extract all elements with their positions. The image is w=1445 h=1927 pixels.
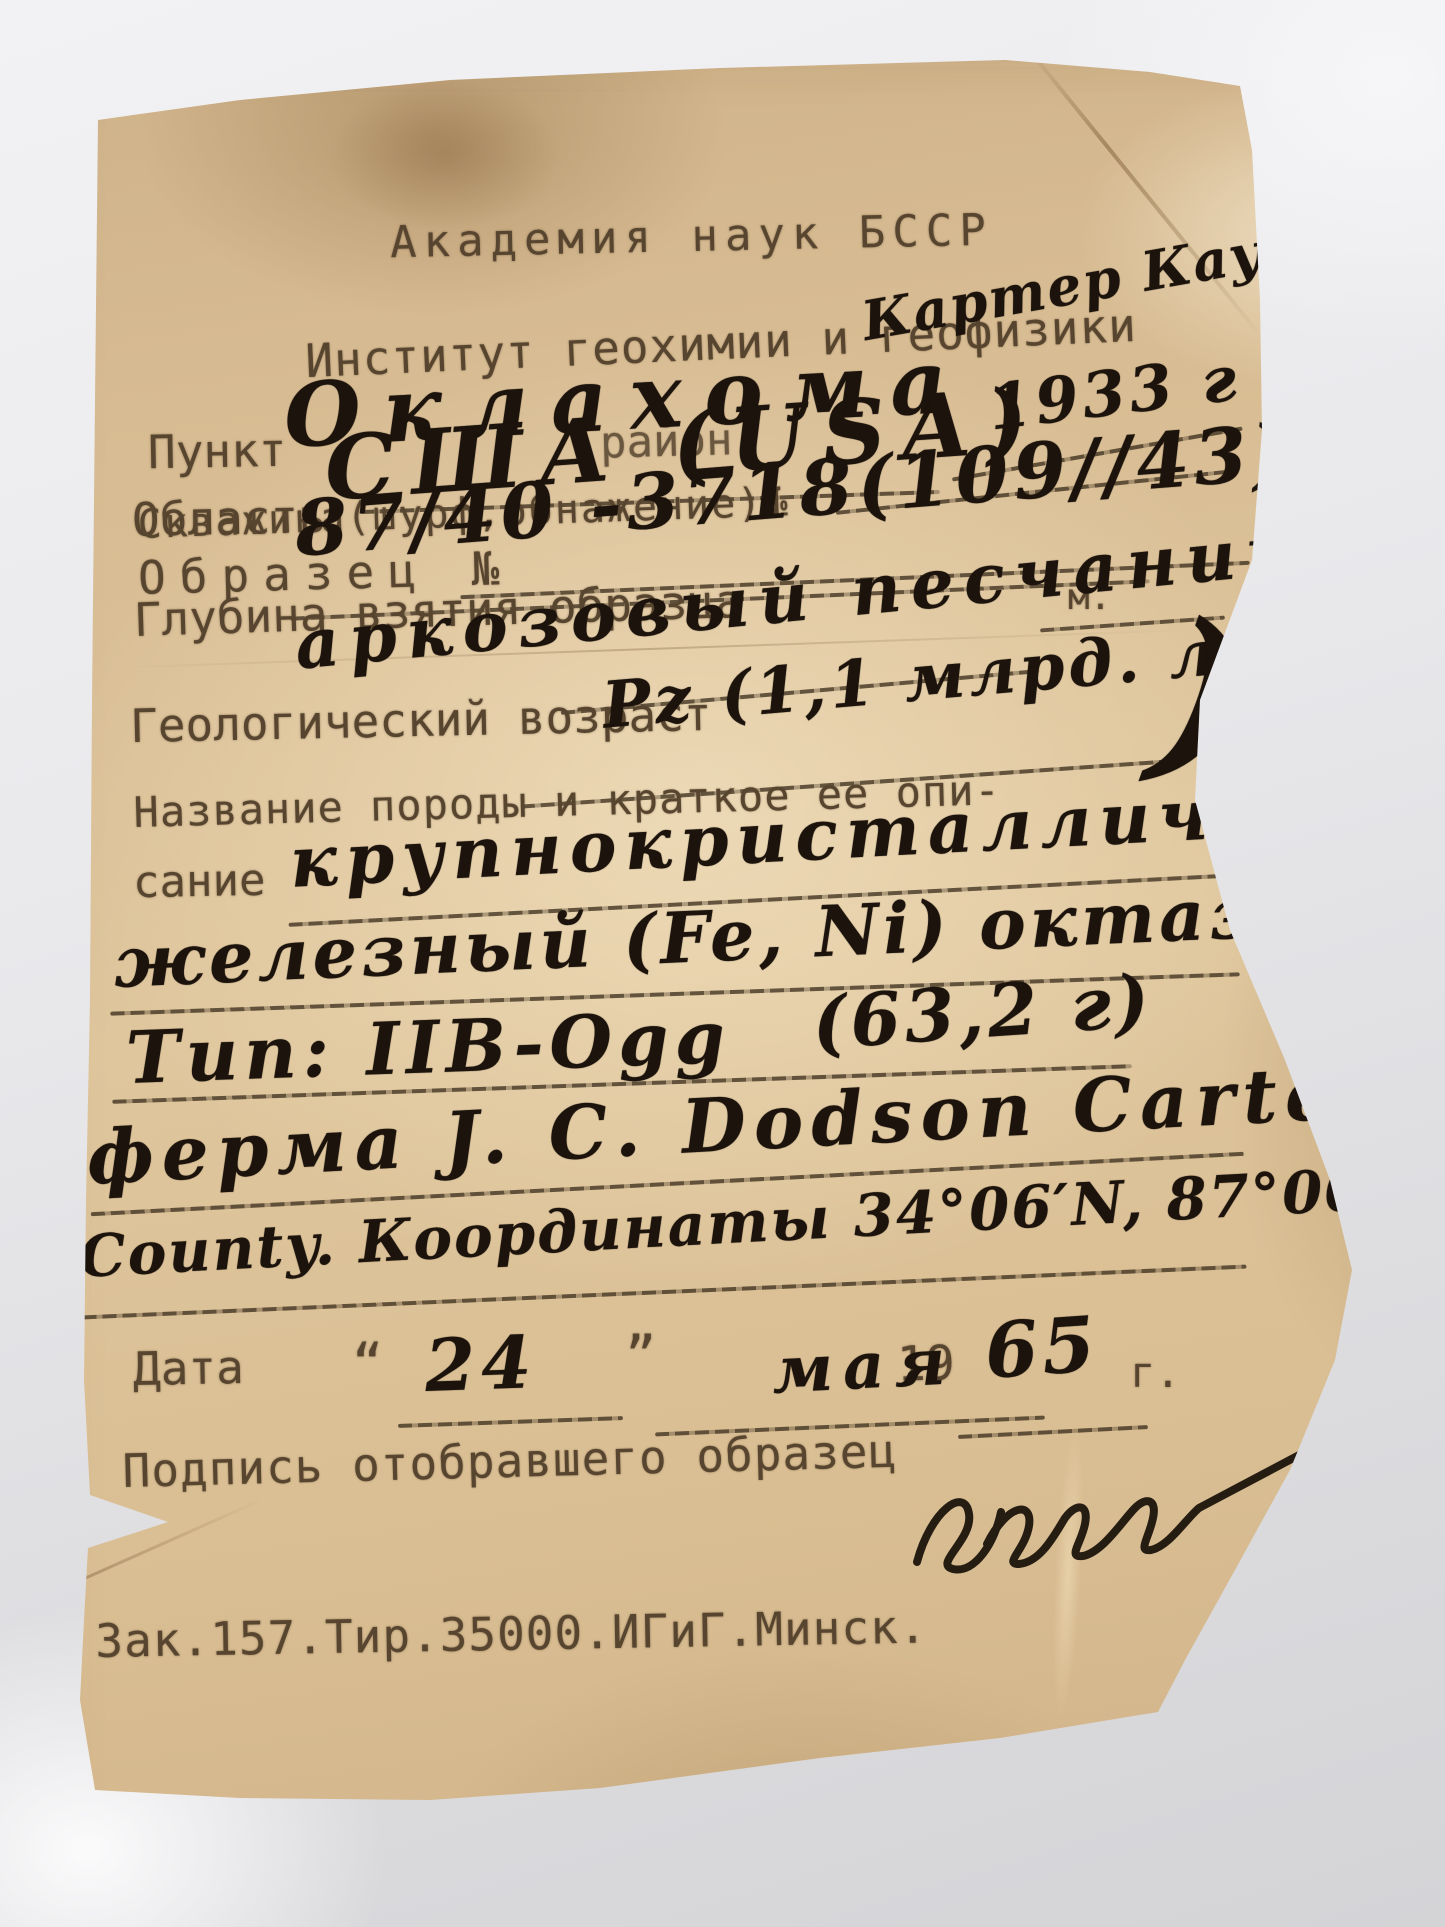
crease-bottom-left (55, 1496, 266, 1592)
date-year-suffix: г. (1130, 1352, 1181, 1394)
hand-mass: (63,2 г) (810, 964, 1155, 1060)
signature (895, 1392, 1405, 1607)
field-label-signature: Подпись отобравшего образец (122, 1428, 898, 1494)
org-name-line1: Академия наук БССР (390, 209, 994, 266)
photograph-of-specimen-label: Академия наук БССР Институт геохимии и г… (0, 0, 1445, 1927)
hand-date-day: 24 (424, 1326, 539, 1402)
paper-label: Академия наук БССР Институт геохимии и г… (0, 0, 1445, 1927)
hand-meteorite-type: Тип: IIB-Ogg (125, 1001, 732, 1094)
stain-top-left (330, 80, 560, 230)
hand-date-year: 65 (982, 1306, 1101, 1390)
field-label-opisanie-line2: сание (133, 859, 266, 905)
field-label-date: Дата (133, 1344, 245, 1392)
date-open-quote: “ (352, 1338, 383, 1390)
ruled-line (398, 1416, 623, 1428)
print-imprint: Зак.157.Тир.35000.ИГиГ.Минск. (95, 1603, 928, 1664)
date-close-quote: ” (625, 1330, 656, 1382)
field-label-punkt: Пункт (148, 427, 287, 475)
